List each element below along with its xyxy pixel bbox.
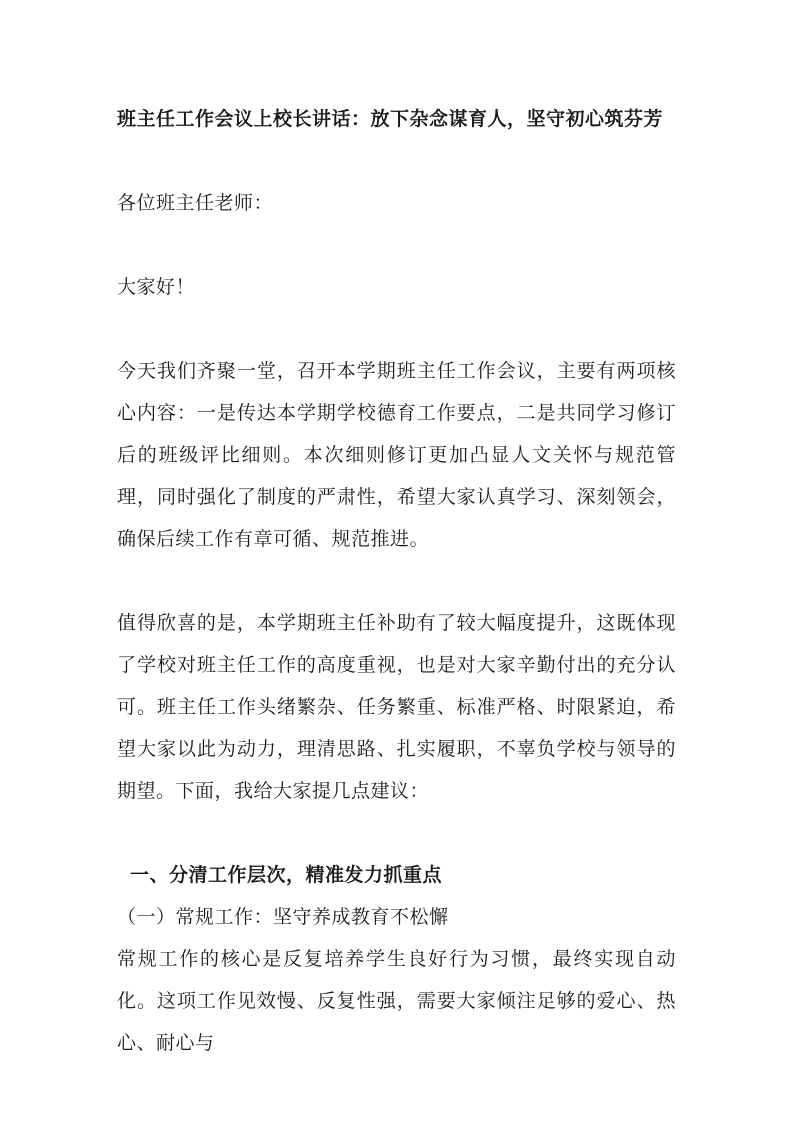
section-1-heading: 一、分清工作层次，精准发力抓重点 [117,854,676,896]
paragraph-meeting-purpose: 今天我们齐聚一堂，召开本学期班主任工作会议，主要有两项核心内容：一是传达本学期学… [117,350,676,560]
paragraph-subsidy-recognition: 值得欣喜的是，本学期班主任补助有了较大幅度提升，这既体现了学校对班主任工作的高度… [117,602,676,812]
document-title: 班主任工作会议上校长讲话：放下杂念谋育人，坚守初心筑芬芳 [117,98,676,140]
paragraph-routine-work: 常规工作的核心是反复培养学生良好行为习惯，最终实现自动化。这项工作见效慢、反复性… [117,938,676,1064]
greeting: 大家好！ [117,266,676,308]
document-page: 班主任工作会议上校长讲话：放下杂念谋育人，坚守初心筑芬芳 各位班主任老师： 大家… [0,0,793,1122]
salutation: 各位班主任老师： [117,182,676,224]
section-1-1-heading: （一）常规工作：坚守养成教育不松懈 [117,896,676,938]
